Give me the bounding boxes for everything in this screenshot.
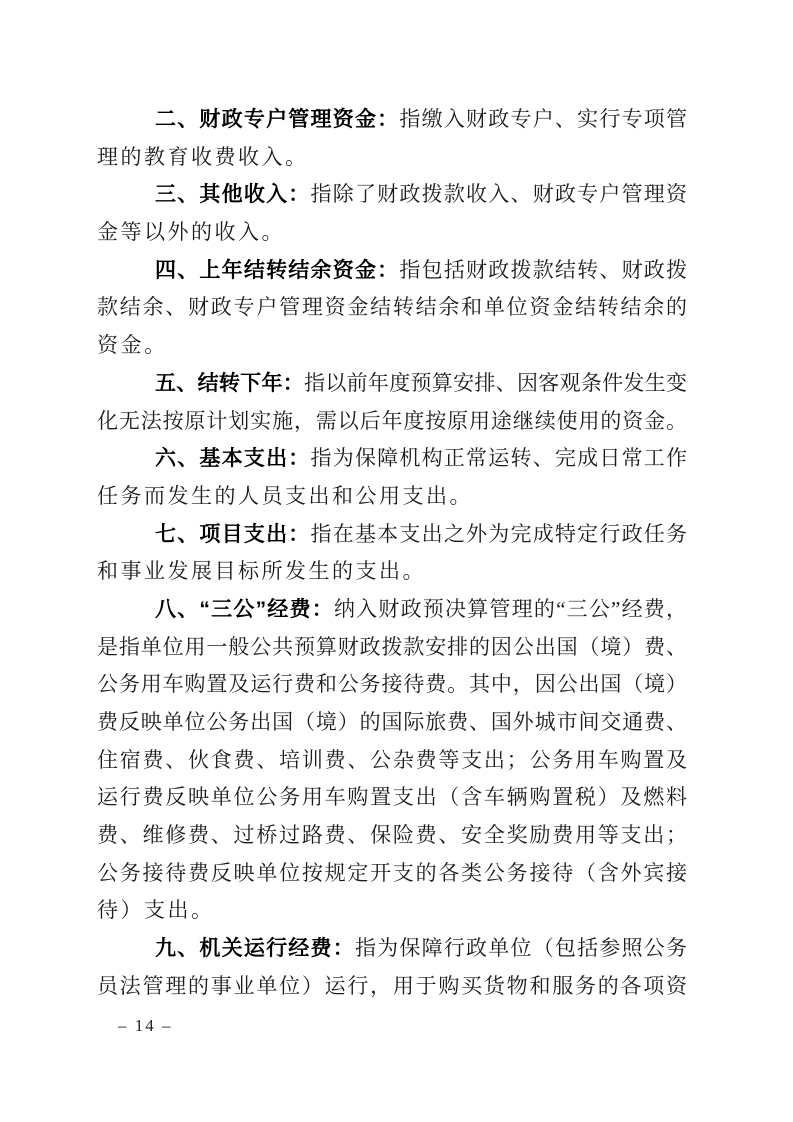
line-text: 指缴入财政专户、实行专项管 [399, 107, 687, 131]
page-number: – 14 – [118, 1014, 173, 1038]
paragraph-item-6: 六、基本支出：指为保障机构正常运转、完成日常工作 任务而发生的人员支出和公用支出… [97, 440, 687, 515]
line-text: 金等以外的收入。 [97, 220, 285, 244]
paragraph-item-4: 四、上年结转结余资金：指包括财政拨款结转、财政拨 款结余、财政专户管理资金结转结… [97, 252, 687, 365]
line-text: 和事业发展目标所发生的支出。 [97, 559, 426, 583]
text-line: 运行费反映单位公务用车购置支出（含车辆购置税）及燃料 [97, 779, 687, 817]
text-line: 是指单位用一般公共预算财政拨款安排的因公出国（境）费、 [97, 629, 687, 667]
term-label: 三、其他收入： [155, 183, 311, 206]
term-label: 四、上年结转结余资金： [155, 259, 399, 282]
text-line: 二、财政专户管理资金：指缴入财政专户、实行专项管 [97, 101, 687, 139]
paragraph-item-2: 二、财政专户管理资金：指缴入财政专户、实行专项管 理的教育收费收入。 [97, 101, 687, 176]
paragraph-item-7: 七、项目支出：指在基本支出之外为完成特定行政任务 和事业发展目标所发生的支出。 [97, 516, 687, 591]
text-line: 九、机关运行经费：指为保障行政单位（包括参照公务 [97, 930, 687, 968]
term-label: 五、结转下年： [155, 372, 304, 395]
line-text: 待）支出。 [97, 898, 215, 922]
text-line: 资金。 [97, 327, 687, 365]
text-line: 员法管理的事业单位）运行，用于购买货物和服务的各项资 [97, 968, 687, 1006]
line-text: 款结余、财政专户管理资金结转结余和单位资金结转结余的 [97, 295, 687, 319]
term-label: 七、项目支出： [155, 523, 311, 546]
line-text: 费、维修费、过桥过路费、保险费、安全奖励费用等支出； [97, 823, 687, 847]
line-text: 指为保障机构正常运转、完成日常工作 [311, 446, 687, 470]
paragraph-item-3: 三、其他收入：指除了财政拨款收入、财政专户管理资 金等以外的收入。 [97, 176, 687, 251]
term-label: 二、财政专户管理资金： [155, 108, 399, 131]
line-text: 任务而发生的人员支出和公用支出。 [97, 484, 473, 508]
text-line: 费、维修费、过桥过路费、保险费、安全奖励费用等支出； [97, 817, 687, 855]
text-line: 待）支出。 [97, 892, 687, 930]
text-line: 三、其他收入：指除了财政拨款收入、财政专户管理资 [97, 176, 687, 214]
term-label: 八、“三公”经费： [155, 598, 334, 621]
line-text: 指以前年度预算安排、因客观条件发生变 [304, 371, 687, 395]
paragraph-item-8: 八、“三公”经费：纳入财政预决算管理的“三公”经费， 是指单位用一般公共预算财政… [97, 591, 687, 930]
term-label: 九、机关运行经费： [155, 937, 355, 960]
line-text: 指在基本支出之外为完成特定行政任务 [311, 522, 687, 546]
text-line: 金等以外的收入。 [97, 214, 687, 252]
document-body: 二、财政专户管理资金：指缴入财政专户、实行专项管 理的教育收费收入。 三、其他收… [97, 101, 687, 1006]
line-text: 员法管理的事业单位）运行，用于购买货物和服务的各项资 [97, 974, 687, 998]
line-text: 指除了财政拨款收入、财政专户管理资 [311, 182, 687, 206]
document-page: 二、财政专户管理资金：指缴入财政专户、实行专项管 理的教育收费收入。 三、其他收… [0, 0, 793, 1122]
text-line: 八、“三公”经费：纳入财政预决算管理的“三公”经费， [97, 591, 687, 629]
line-text: 公务用车购置及运行费和公务接待费。其中，因公出国（境） [97, 672, 687, 696]
text-line: 任务而发生的人员支出和公用支出。 [97, 478, 687, 516]
text-line: 理的教育收费收入。 [97, 139, 687, 177]
line-text: 运行费反映单位公务用车购置支出（含车辆购置税）及燃料 [97, 785, 687, 809]
term-label: 六、基本支出： [155, 447, 311, 470]
paragraph-item-9: 九、机关运行经费：指为保障行政单位（包括参照公务 员法管理的事业单位）运行，用于… [97, 930, 687, 1005]
line-text: 理的教育收费收入。 [97, 145, 309, 169]
line-text: 纳入财政预决算管理的“三公”经费， [334, 597, 687, 621]
text-line: 公务用车购置及运行费和公务接待费。其中，因公出国（境） [97, 666, 687, 704]
text-line: 化无法按原计划实施，需以后年度按原用途继续使用的资金。 [97, 403, 687, 441]
text-line: 住宿费、伙食费、培训费、公杂费等支出；公务用车购置及 [97, 742, 687, 780]
text-line: 四、上年结转结余资金：指包括财政拨款结转、财政拨 [97, 252, 687, 290]
text-line: 七、项目支出：指在基本支出之外为完成特定行政任务 [97, 516, 687, 554]
paragraph-item-5: 五、结转下年：指以前年度预算安排、因客观条件发生变 化无法按原计划实施，需以后年… [97, 365, 687, 440]
text-line: 款结余、财政专户管理资金结转结余和单位资金结转结余的 [97, 289, 687, 327]
line-text: 是指单位用一般公共预算财政拨款安排的因公出国（境）费、 [97, 635, 687, 659]
line-text: 资金。 [97, 333, 168, 357]
text-line: 公务接待费反映单位按规定开支的各类公务接待（含外宾接 [97, 855, 687, 893]
line-text: 指为保障行政单位（包括参照公务 [355, 936, 687, 960]
line-text: 化无法按原计划实施，需以后年度按原用途继续使用的资金。 [97, 409, 687, 433]
text-line: 六、基本支出：指为保障机构正常运转、完成日常工作 [97, 440, 687, 478]
line-text: 住宿费、伙食费、培训费、公杂费等支出；公务用车购置及 [97, 748, 687, 772]
line-text: 指包括财政拨款结转、财政拨 [399, 258, 687, 282]
text-line: 和事业发展目标所发生的支出。 [97, 553, 687, 591]
line-text: 费反映单位公务出国（境）的国际旅费、国外城市间交通费、 [97, 710, 687, 734]
line-text: 公务接待费反映单位按规定开支的各类公务接待（含外宾接 [97, 861, 687, 885]
text-line: 费反映单位公务出国（境）的国际旅费、国外城市间交通费、 [97, 704, 687, 742]
text-line: 五、结转下年：指以前年度预算安排、因客观条件发生变 [97, 365, 687, 403]
